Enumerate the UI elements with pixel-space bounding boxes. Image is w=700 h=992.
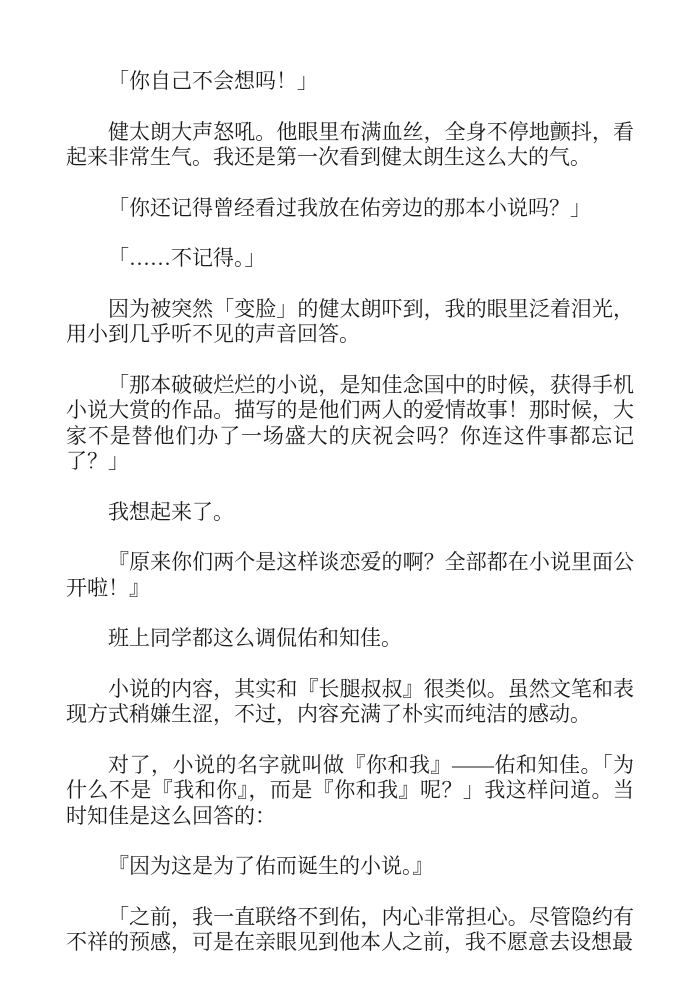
- paragraph: 「……不记得。」: [66, 246, 634, 272]
- paragraph: 『原来你们两个是这样谈恋爱的啊？全部都在小说里面公开啦！』: [66, 550, 634, 601]
- paragraph: 对了，小说的名字就叫做『你和我』——佑和知佳。「为什么不是『我和你』，而是『你和…: [66, 753, 634, 830]
- paragraph: 「你自己不会想吗！」: [66, 69, 634, 95]
- paragraph: 「你还记得曾经看过我放在佑旁边的那本小说吗？」: [66, 196, 634, 222]
- paragraph: 『因为这是为了佑而诞生的小说。』: [66, 854, 634, 880]
- novel-page: 「你自己不会想吗！」 健太朗大声怒吼。他眼里布满血丝，全身不停地颤抖，看起来非常…: [0, 0, 700, 992]
- paragraph: 健太朗大声怒吼。他眼里布满血丝，全身不停地颤抖，看起来非常生气。我还是第一次看到…: [66, 120, 634, 171]
- paragraph: 「之前，我一直联络不到佑，内心非常担心。尽管隐约有不祥的预感，可是在亲眼见到他本…: [66, 905, 634, 956]
- paragraph: 因为被突然「变脸」的健太朗吓到，我的眼里泛着泪光，用小到几乎听不见的声音回答。: [66, 297, 634, 348]
- paragraph: 我想起来了。: [66, 500, 634, 526]
- paragraph: 班上同学都这么调侃佑和知佳。: [66, 626, 634, 652]
- paragraph: 「那本破破烂烂的小说，是知佳念国中的时候，获得手机小说大赏的作品。描写的是他们两…: [66, 373, 634, 475]
- paragraph: 小说的内容，其实和『长腿叔叔』很类似。虽然文笔和表现方式稍嫌生涩，不过，内容充满…: [66, 677, 634, 728]
